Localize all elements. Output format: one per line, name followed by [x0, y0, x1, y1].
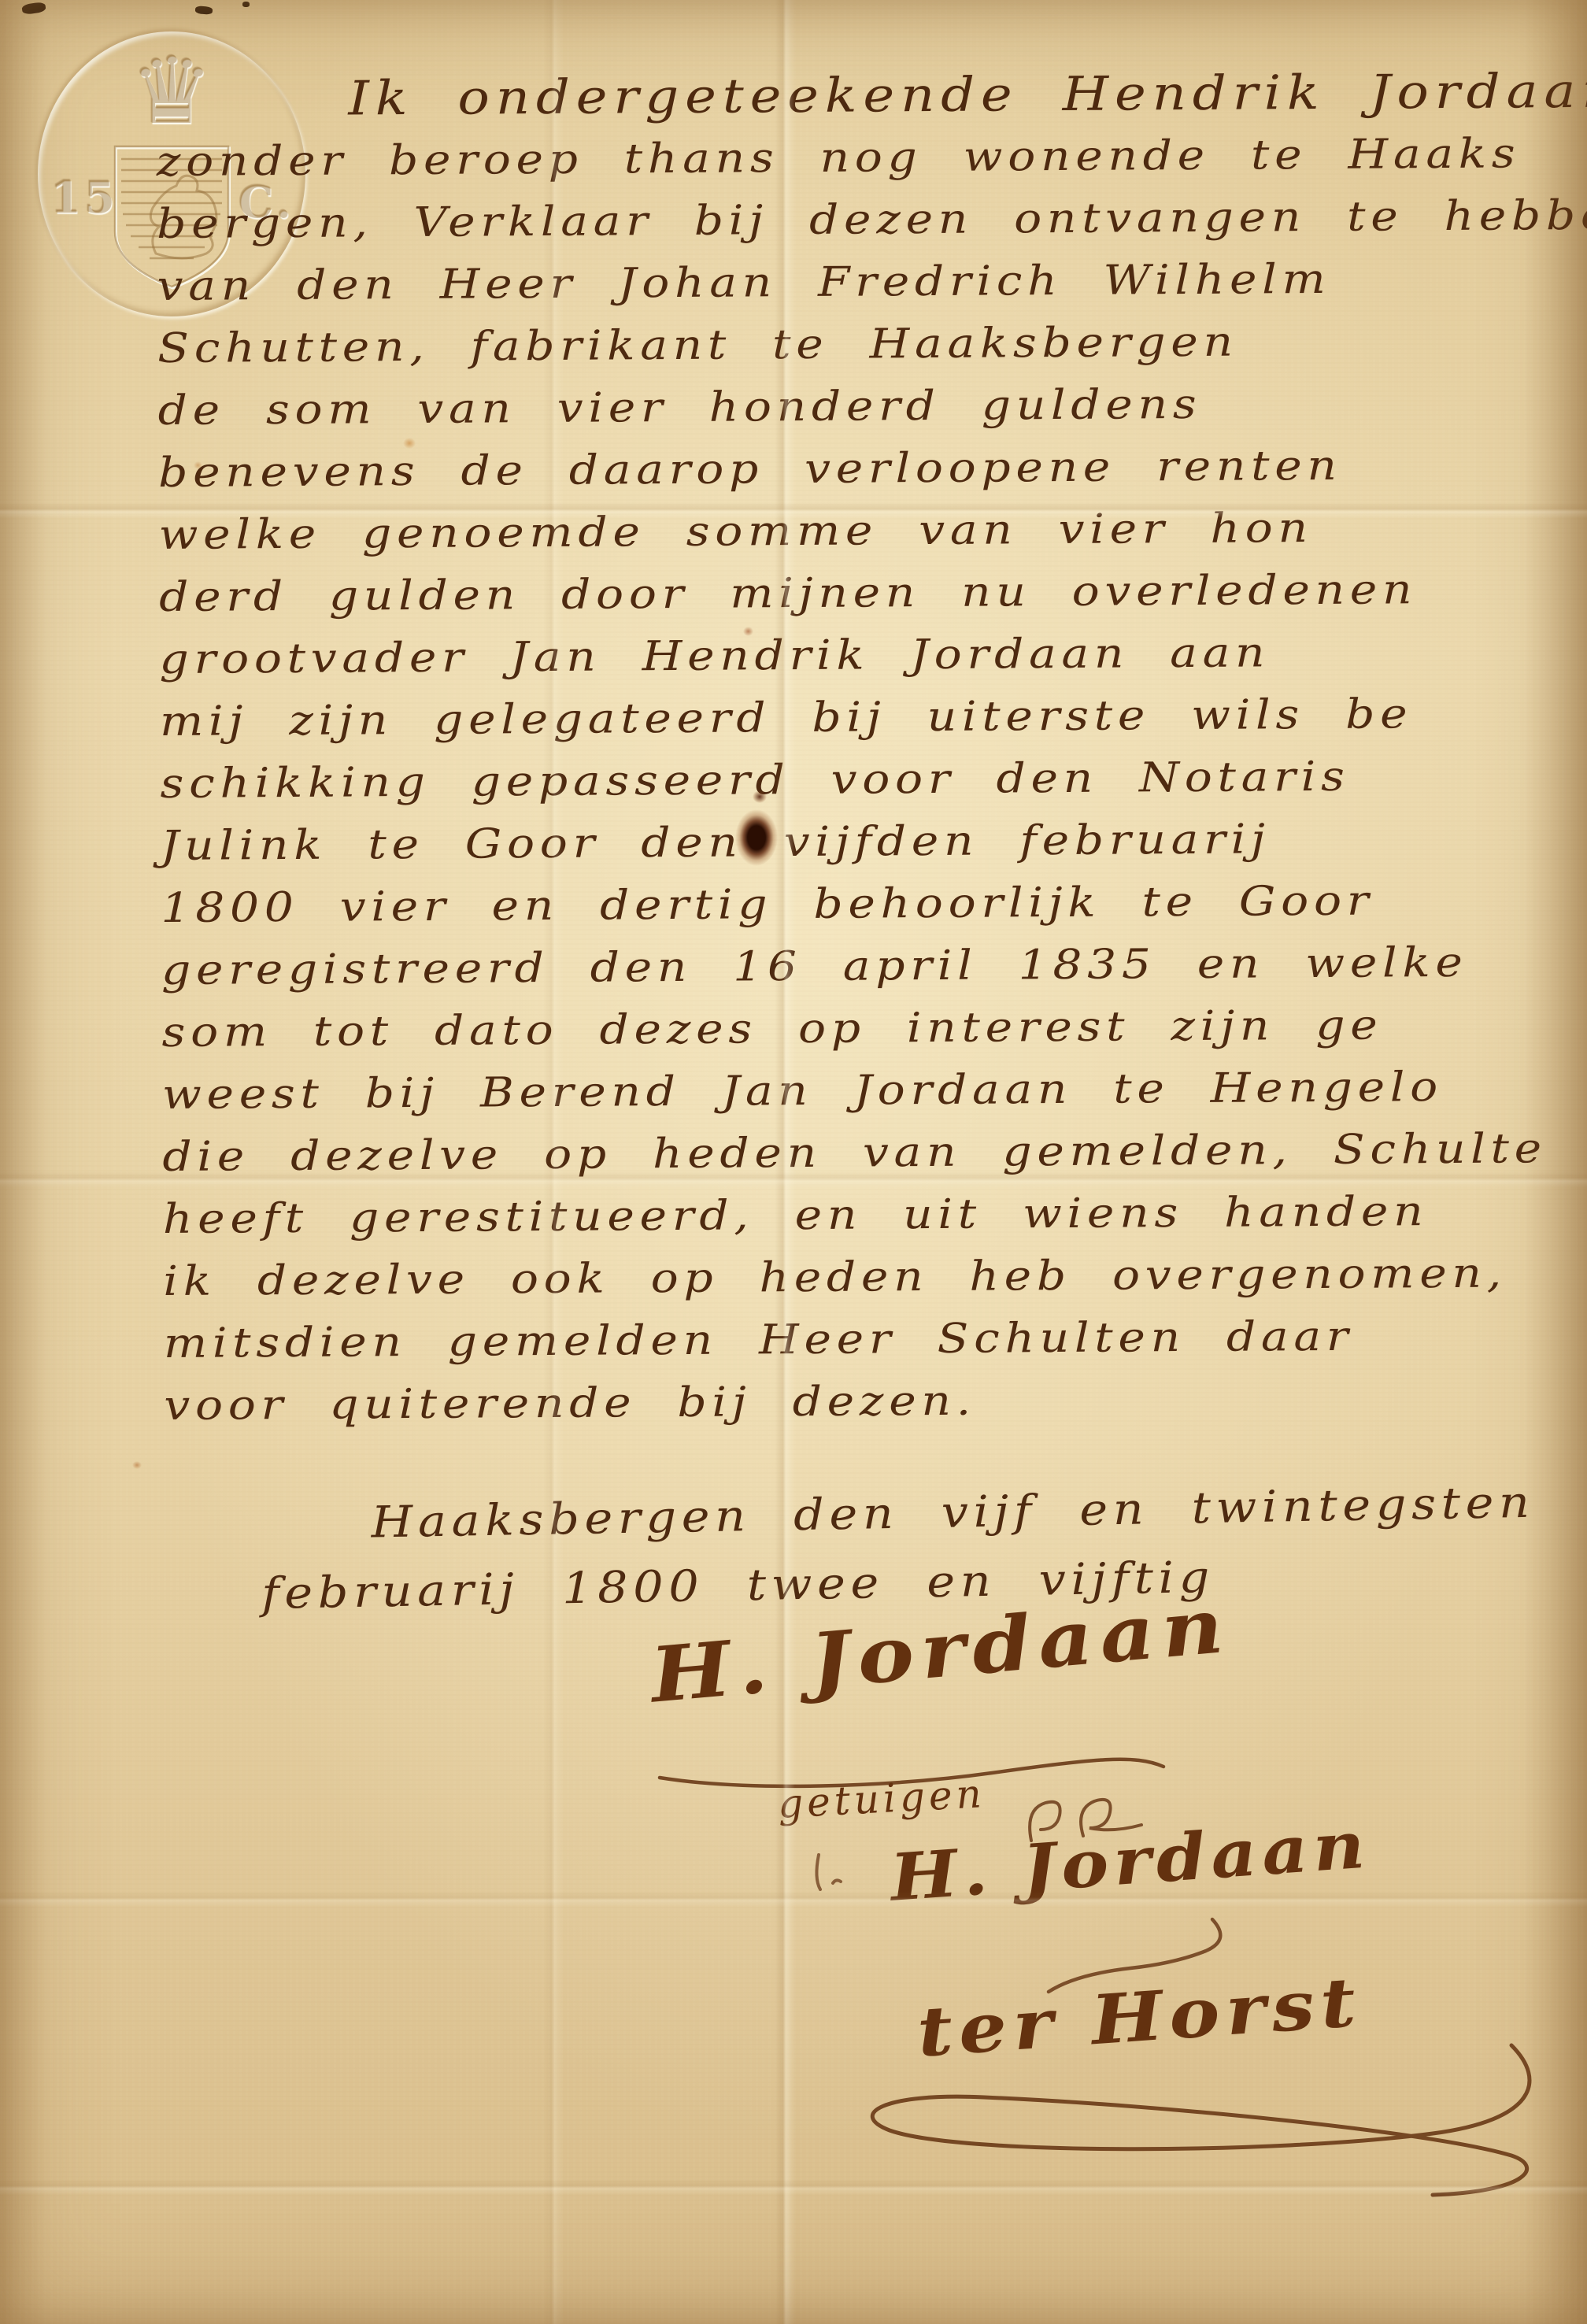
- edge-speck: [195, 6, 213, 15]
- manuscript-line: benevens de daarop verloopene renten: [158, 434, 1552, 505]
- foxing-spot: [132, 1461, 142, 1469]
- stamp-denomination: 15: [50, 172, 118, 224]
- manuscript-line: van den Heer Johan Fredrich Wilhelm: [157, 247, 1550, 318]
- manuscript-line: grootvader Jan Hendrik Jordaan aan: [159, 620, 1552, 691]
- manuscript-line: weest bij Berend Jan Jordaan te Hengelo: [162, 1056, 1556, 1127]
- signature-witness-1: H. Jordaan: [888, 1807, 1372, 1915]
- manuscript-line: de som van vier honderd guldens: [157, 372, 1551, 442]
- manuscript-line: ik dezelve ook op heden heb overgenomen,: [163, 1242, 1556, 1313]
- manuscript-line: geregistreerd den 16 april 1835 en welke: [161, 931, 1555, 1002]
- edge-speck: [21, 2, 46, 15]
- edge-speck: [242, 2, 250, 7]
- manuscript-line: Ik ondergeteekende Hendrik Jordaan: [156, 61, 1549, 131]
- manuscript-line: Julink te Goor den vijfden februarij: [161, 807, 1554, 878]
- manuscript-line: voor quiterende bij dezen.: [164, 1367, 1557, 1438]
- manuscript-line: bergen, Verklaar bij dezen ontvangen te …: [157, 185, 1550, 256]
- manuscript-body: Ik ondergeteekende Hendrik Jordaan zonde…: [156, 61, 1557, 1438]
- manuscript-line: Schutten, fabrikant te Haaksbergen: [157, 309, 1551, 380]
- manuscript-line: 1800 vier en dertig behoorlijk te Goor: [161, 869, 1554, 940]
- witness-dot-mark: [809, 1848, 864, 1896]
- witnesses-label: getuigen: [777, 1771, 986, 1827]
- signature-witness-2: ter Horst: [915, 1963, 1364, 2073]
- ink-blot-satellite: [753, 790, 767, 803]
- manuscript-line: heeft gerestitueerd, en uit wiens handen: [163, 1180, 1556, 1251]
- manuscript-line: zonder beroep thans nog wonende te Haaks: [156, 123, 1549, 194]
- manuscript-line: som tot dato dezes op interest zijn ge: [161, 994, 1555, 1064]
- manuscript-line: die dezelve op heden van gemelden, Schul…: [162, 1118, 1556, 1189]
- manuscript-line: mij zijn gelegateerd bij uiterste wils b…: [160, 683, 1553, 753]
- horizontal-fold-crease: [0, 2179, 1587, 2195]
- document-page: ♛ 15 C. Ik ondergeteekende Hendrik Jorda…: [0, 0, 1587, 2324]
- manuscript-line: welke genoemde somme van vier hon: [158, 496, 1552, 567]
- horizontal-fold-crease: [0, 1891, 1587, 1907]
- manuscript-line: derd gulden door mijnen nu overledenen: [159, 558, 1552, 629]
- manuscript-line: mitsdien gemelden Heer Schulten daar: [164, 1304, 1557, 1375]
- manuscript-line: schikking gepasseerd voor den Notaris: [160, 745, 1553, 816]
